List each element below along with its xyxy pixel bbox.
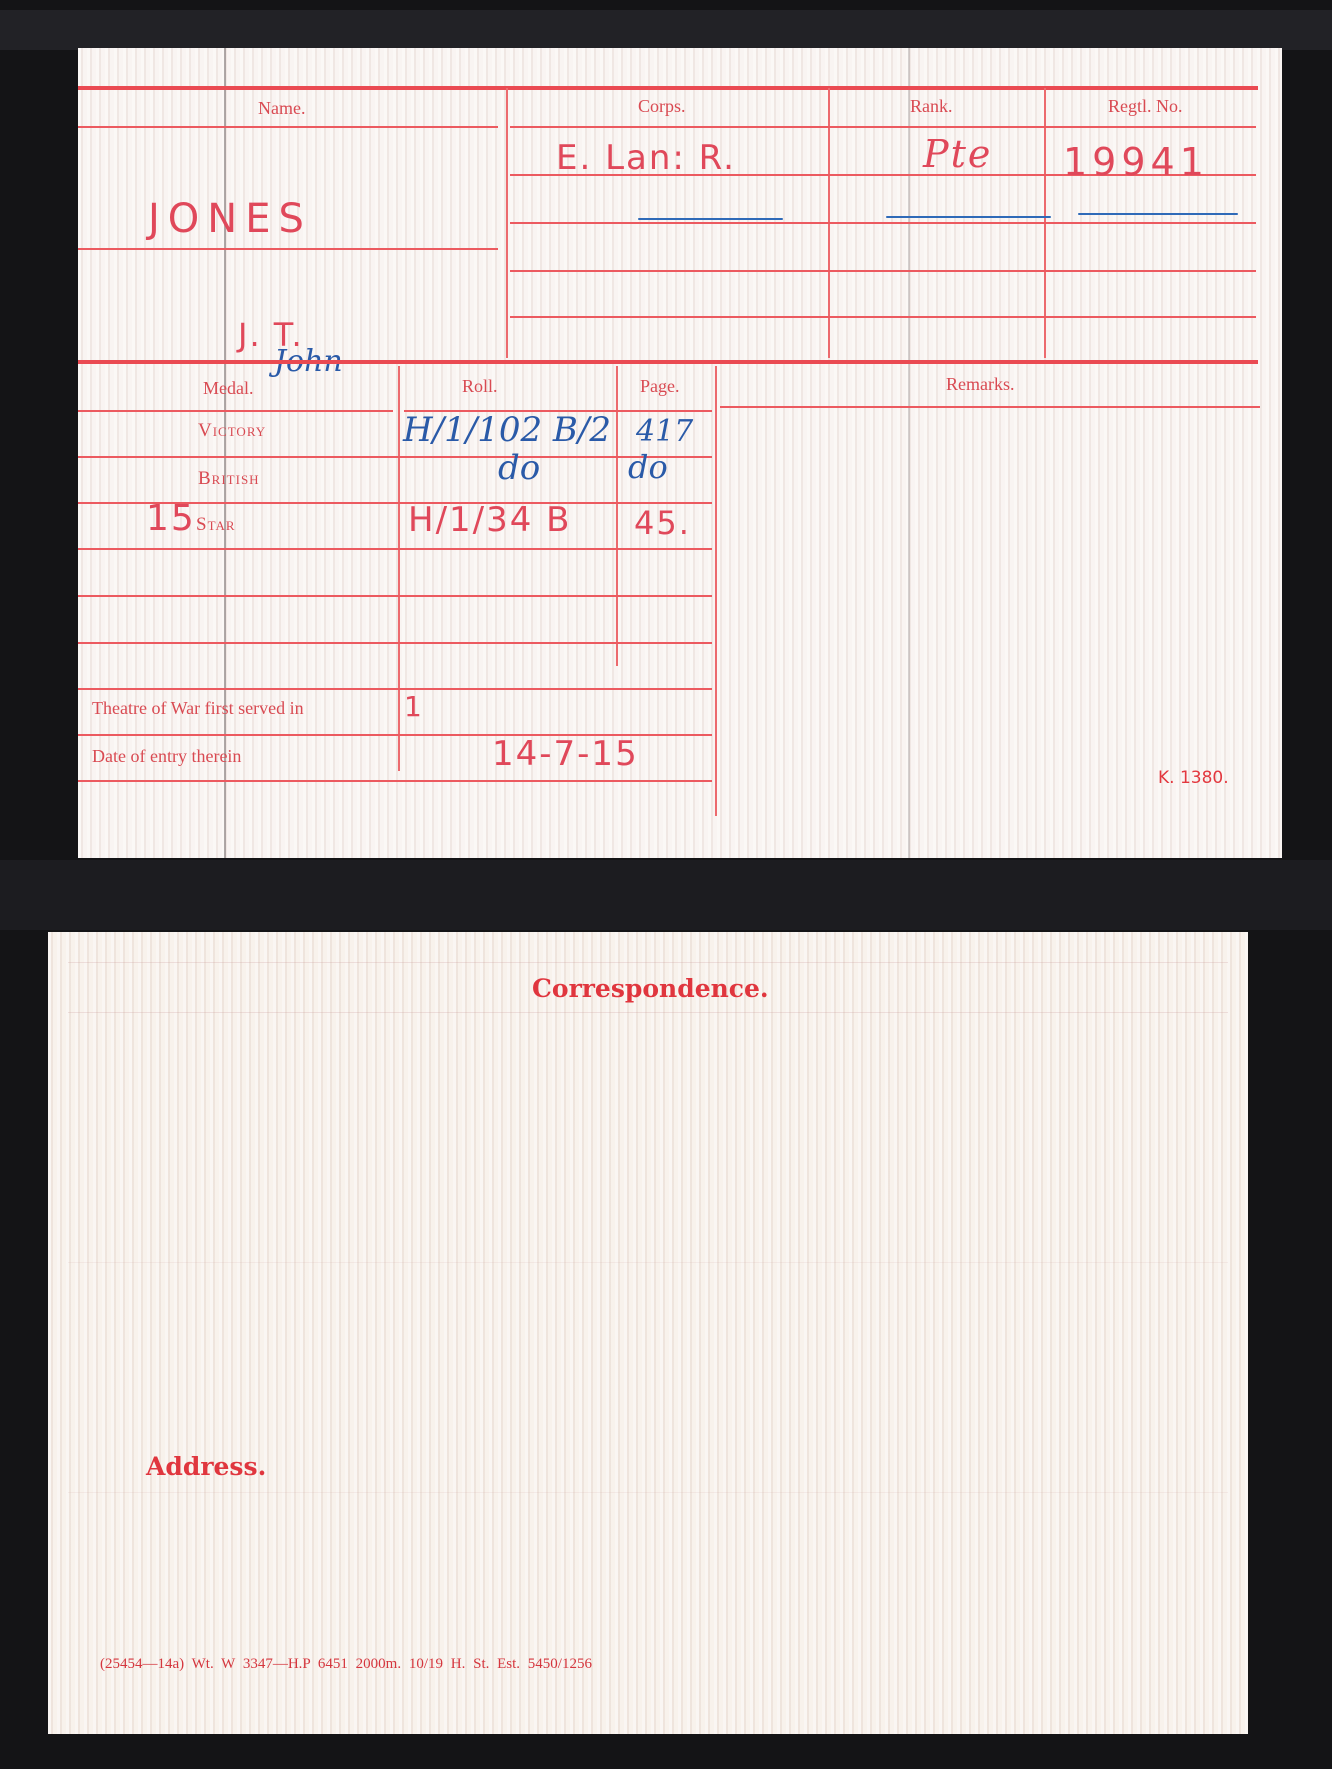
grid-rule (510, 222, 1256, 224)
faint-rule (68, 1492, 1228, 1493)
top-rule (78, 86, 1258, 90)
regtl-no-header: Regtl. No. (1108, 96, 1183, 117)
roll-entry: H/1/34 B (408, 500, 572, 540)
grid-rule (510, 316, 1256, 318)
medal-name: Star (196, 514, 236, 536)
correspondence-title: Correspondence. (532, 974, 769, 1003)
col-divider (715, 366, 717, 816)
grid-rule (510, 270, 1256, 272)
faint-rule (68, 962, 1228, 963)
crease-line (908, 48, 910, 858)
address-label: Address. (146, 1452, 266, 1481)
medal-row-rule (78, 688, 712, 690)
roll-entry: do (498, 448, 540, 488)
faint-rule (68, 1262, 1228, 1263)
medal-name: British (198, 468, 260, 490)
medal-name: Victory (198, 420, 266, 442)
medal-index-card-back: Correspondence. Address. (25454—14a) Wt.… (48, 932, 1248, 1734)
remarks-header: Remarks. (946, 374, 1014, 395)
medal-row-rule (78, 642, 712, 644)
theatre-label: Theatre of War first served in (92, 698, 304, 719)
medal-row-rule (78, 456, 712, 458)
name-header: Name. (258, 98, 305, 119)
roll-header: Roll. (462, 376, 498, 397)
roll-entry: H/1/102 B/2 (403, 410, 611, 450)
remarks-rule (720, 406, 1260, 408)
name-row-rule (78, 248, 498, 250)
rank-entry: Pte (923, 132, 992, 176)
grid-rule (510, 126, 1256, 128)
medal-index-card-front: Name. Corps. Rank. Regtl. No. JONES J. T… (78, 48, 1282, 858)
col-divider (506, 88, 508, 358)
medal-row-rule (78, 410, 393, 412)
rank-header: Rank. (910, 96, 953, 117)
surname-entry: JONES (148, 196, 312, 242)
date-label: Date of entry therein (92, 746, 241, 767)
medal-row-rule (78, 780, 712, 782)
name-row-rule (78, 126, 498, 128)
form-reference: K. 1380. (1158, 768, 1229, 788)
medal-row-rule (78, 548, 712, 550)
page-entry: do (628, 448, 668, 486)
star-prefix: 15 (146, 498, 196, 539)
scanner-band-middle (0, 860, 1332, 930)
medal-section-rule (78, 360, 1258, 364)
corps-entry: E. Lan: R. (556, 138, 736, 178)
col-divider (398, 366, 400, 771)
theatre-value: 1 (404, 690, 424, 723)
ditto-mark-regtl (1078, 213, 1238, 215)
medal-header: Medal. (203, 378, 253, 399)
medal-row-rule (78, 595, 712, 597)
page-header: Page. (640, 376, 680, 397)
crease-line (224, 48, 226, 858)
ditto-mark-corps (638, 218, 783, 220)
ditto-mark-rank (886, 216, 1051, 218)
page-entry: 417 (636, 414, 693, 449)
printer-line: (25454—14a) Wt. W 3347—H.P 6451 2000m. 1… (100, 1656, 592, 1673)
regtl-no-entry: 19941 (1063, 140, 1209, 184)
faint-rule (68, 1012, 1228, 1013)
scanner-band-top (0, 10, 1332, 50)
date-value: 14-7-15 (492, 734, 639, 774)
corps-header: Corps. (638, 96, 686, 117)
page-entry: 45. (634, 504, 691, 542)
